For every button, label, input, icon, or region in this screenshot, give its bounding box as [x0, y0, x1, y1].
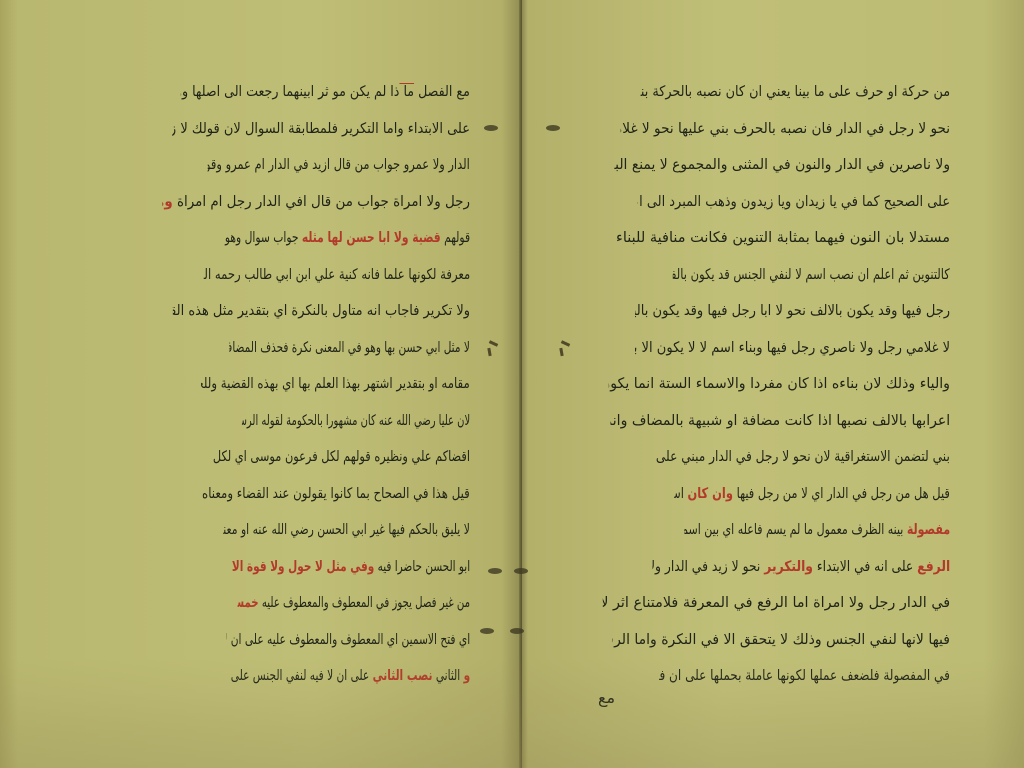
manuscript-line: قولهم قضية ولا ابا حسن لها مثله جواب سوا…: [225, 220, 470, 257]
body-text: على الصحيح كما في يا زيدان ويا زيدون وذه…: [637, 194, 950, 210]
stitch-hole: [546, 125, 560, 131]
manuscript-line: لا مثل ابي حسن بها وهو في المعنى نكرة فح…: [229, 330, 470, 367]
body-text: رجل فيها وقد يكون بالالف نحو لا ابا رجل …: [635, 303, 950, 319]
rubricated-text: ومثل: [162, 194, 173, 210]
stitch-hole: [484, 125, 498, 131]
manuscript-line: ابو الحسن حاضرا فيه وفي مثل لا حول ولا ق…: [230, 549, 470, 586]
body-text: مع الفصل: [414, 84, 470, 100]
manuscript-line: قيل هذا في الصحاح بما كانوا يقولون عند ا…: [200, 476, 470, 513]
rubricated-text: وان كان: [688, 486, 733, 502]
body-text: على انه في الابتداء: [813, 559, 917, 575]
manuscript-line: نحو لا رجل في الدار فان نصبه بالحرف بني …: [621, 111, 950, 148]
left-page: مع الفصل ما ذا لم يكن مو ثر ابينهما رجعت…: [0, 0, 522, 768]
rubricated-text: وفي مثل لا حول ولا قوة الا بالله: [230, 559, 374, 575]
manuscript-line: ولا ناصرين في الدار والنون في المثنى وال…: [614, 147, 950, 184]
manuscript-line: من حركة او حرف على ما بينا يعني ان كان ن…: [641, 74, 950, 111]
body-text: معرفة لكونها علما فانه كنية علي ابن ابي …: [204, 267, 470, 283]
body-text: في الدار رجل ولا امراة اما الرفع في المع…: [603, 595, 950, 611]
manuscript-line: معرفة لكونها علما فانه كنية علي ابن ابي …: [204, 257, 470, 294]
body-text: والياء وذلك لان بناءه اذا كان مفردا والا…: [609, 376, 950, 392]
body-text: اعرابها بالالف نصبها اذا كانت مضافة او ش…: [611, 413, 951, 429]
manuscript-line: مفصولة بينه الظرف معمول ما لم يسم فاعله …: [684, 512, 950, 549]
body-text: بينه: [884, 522, 907, 538]
manuscript-line: على الابتداء واما التكرير فلمطابقة السوا…: [172, 111, 470, 148]
stitch-hole: [480, 628, 494, 634]
right-page-text-block: من حركة او حرف على ما بينا يعني ان كان ن…: [600, 74, 950, 695]
manuscript-line: لا يليق بالحكم فيها غير ابي الحسن رضي ال…: [223, 512, 470, 549]
body-text: نحو لا زيد في الدار ولا عمرو ولا: [653, 559, 765, 575]
manuscript-line: والياء وذلك لان بناءه اذا كان مفردا والا…: [609, 366, 950, 403]
manuscript-line: و الثاني نصب الثاني على ان لا فيه لنفي ا…: [228, 658, 470, 695]
stitch-hole: [488, 568, 502, 574]
manuscript-line: اقضاكم علي ونظيره قولهم لكل فرعون موسى ا…: [210, 439, 470, 476]
body-text: قيل هذا في الصحاح بما كانوا يقولون عند ا…: [200, 486, 470, 502]
manuscript-line: لان عليا رضي الله عنه كان مشهورا بالحكوم…: [242, 403, 470, 440]
body-text: قيل هل من رجل في الدار اي لا من رجل فيها: [733, 486, 950, 502]
manuscript-line: مع الفصل ما ذا لم يكن مو ثر ابينهما رجعت…: [181, 74, 470, 111]
body-text: نحو لا رجل في الدار فان نصبه بالحرف بني …: [621, 121, 950, 137]
manuscript-line: كالتنوين ثم اعلم ان نصب اسم لا لنفي الجن…: [673, 257, 950, 294]
manuscript-line: بني لتضمن الاستغراقية لان نحو لا رجل في …: [656, 439, 950, 476]
body-text: معمول ما لم يسم فاعله اي بين اسم لا: [684, 522, 851, 538]
body-text: من غير فصل يجوز في المعطوف والمعطوف عليه: [259, 595, 470, 611]
body-text: مقامه او بتقدير اشتهر بهذا العلم بها اي …: [201, 376, 470, 392]
body-text: بني لتضمن الاستغراقية لان نحو لا رجل في …: [656, 449, 950, 465]
manuscript-line: رجل ولا امراة جواب من قال افي الدار رجل …: [162, 184, 470, 221]
stitch-hole: [510, 628, 524, 634]
manuscript-line: مستدلا بان النون فيهما بمثابة التنوين فك…: [600, 220, 950, 257]
body-text: رجل ولا امراة جواب من قال افي الدار رجل …: [173, 194, 470, 210]
body-text: في المفصولة فلضعف عملها لكونها عاملة بحم…: [659, 668, 950, 684]
stitch-hole: [558, 340, 574, 356]
catchword: مع: [598, 688, 615, 707]
body-text: الدار ولا عمرو جواب من قال ازيد في الدار…: [208, 157, 470, 173]
body-text: على الابتداء واما التكرير فلمطابقة السوا…: [172, 121, 470, 137]
body-text: اي فتح الاسمين اي المعطوف والمعطوف عليه …: [226, 632, 470, 648]
body-text: الظرف: [851, 522, 884, 538]
body-text: ابو الحسن حاضرا فيه: [374, 559, 470, 575]
manuscript-line: ولا تكرير فاجاب انه متاول بالنكرة اي بتق…: [173, 293, 470, 330]
body-text: فيها لانها لنفي الجنس وذلك لا يتحقق الا …: [613, 632, 950, 648]
manuscript-line: في الدار رجل ولا امراة اما الرفع في المع…: [603, 585, 950, 622]
body-text: اقضاكم علي ونظيره قولهم لكل فرعون موسى ا…: [210, 449, 470, 465]
body-text: قولهم: [441, 230, 470, 246]
manuscript-spread: مع الفصل ما ذا لم يكن مو ثر ابينهما رجعت…: [0, 0, 1024, 768]
rubricated-text: نصب الثاني: [372, 668, 432, 684]
manuscript-line: قيل هل من رجل في الدار اي لا من رجل فيها…: [674, 476, 950, 513]
body-text: كالتنوين ثم اعلم ان نصب اسم لا لنفي الجن…: [673, 267, 950, 283]
manuscript-line: مقامه او بتقدير اشتهر بهذا العلم بها اي …: [201, 366, 470, 403]
body-text: ولا ناصرين في الدار والنون في المثنى وال…: [614, 157, 950, 173]
manuscript-line: رجل فيها وقد يكون بالالف نحو لا ابا رجل …: [635, 293, 950, 330]
rubricated-text: مفصولة: [907, 522, 950, 538]
rubricated-text: و: [463, 668, 470, 684]
body-text: ولا تكرير فاجاب انه متاول بالنكرة اي بتق…: [173, 303, 470, 319]
manuscript-line: الدار ولا عمرو جواب من قال ازيد في الدار…: [208, 147, 470, 184]
body-text: اسم لا: [674, 486, 687, 502]
manuscript-line: فيها لانها لنفي الجنس وذلك لا يتحقق الا …: [613, 622, 950, 659]
rubricated-text: والتكرير: [764, 559, 813, 575]
body-text: الثاني: [432, 668, 463, 684]
manuscript-line: الرفع على انه في الابتداء والتكرير نحو ل…: [653, 549, 951, 586]
manuscript-line: من غير فصل يجوز في المعطوف والمعطوف عليه…: [238, 585, 470, 622]
body-text: ذا لم يكن مو ثر ابينهما رجعت الى اصلها و…: [181, 84, 400, 100]
manuscript-line: اعرابها بالالف نصبها اذا كانت مضافة او ش…: [611, 403, 951, 440]
body-text: من حركة او حرف على ما بينا يعني ان كان ن…: [641, 84, 950, 100]
body-text: لان عليا رضي الله عنه كان مشهورا بالحكوم…: [242, 413, 470, 429]
body-text: على ان لا فيه لنفي الجنس على ان لا فيه ز…: [228, 668, 373, 684]
manuscript-line: في المفصولة فلضعف عملها لكونها عاملة بحم…: [659, 658, 950, 695]
body-text: لا غلامي رجل ولا ناصري رجل فيها وبناء اس…: [635, 340, 950, 356]
left-page-text-block: مع الفصل ما ذا لم يكن مو ثر ابينهما رجعت…: [138, 74, 470, 695]
body-text: لا مثل ابي حسن بها وهو في المعنى نكرة فح…: [229, 340, 470, 356]
manuscript-line: على الصحيح كما في يا زيدان ويا زيدون وذه…: [637, 184, 950, 221]
manuscript-line: اي فتح الاسمين اي المعطوف والمعطوف عليه …: [226, 622, 470, 659]
rubricated-text: قضية ولا ابا حسن لها مثله: [302, 230, 441, 246]
stitch-hole: [486, 340, 502, 356]
body-text: مستدلا بان النون فيهما بمثابة التنوين فك…: [616, 230, 950, 246]
rubricated-text: الرفع: [917, 559, 950, 575]
body-text: لا يليق بالحكم فيها غير ابي الحسن رضي ال…: [223, 522, 470, 538]
right-page: من حركة او حرف على ما بينا يعني ان كان ن…: [522, 0, 1024, 768]
body-text: جواب سوال وهو ان يقال ابو الحسن: [225, 230, 302, 246]
rubricated-text: خمسة اوجه: [238, 595, 259, 611]
stitch-hole: [514, 568, 528, 574]
body-text: ما: [400, 84, 415, 100]
manuscript-line: لا غلامي رجل ولا ناصري رجل فيها وبناء اس…: [635, 330, 950, 367]
